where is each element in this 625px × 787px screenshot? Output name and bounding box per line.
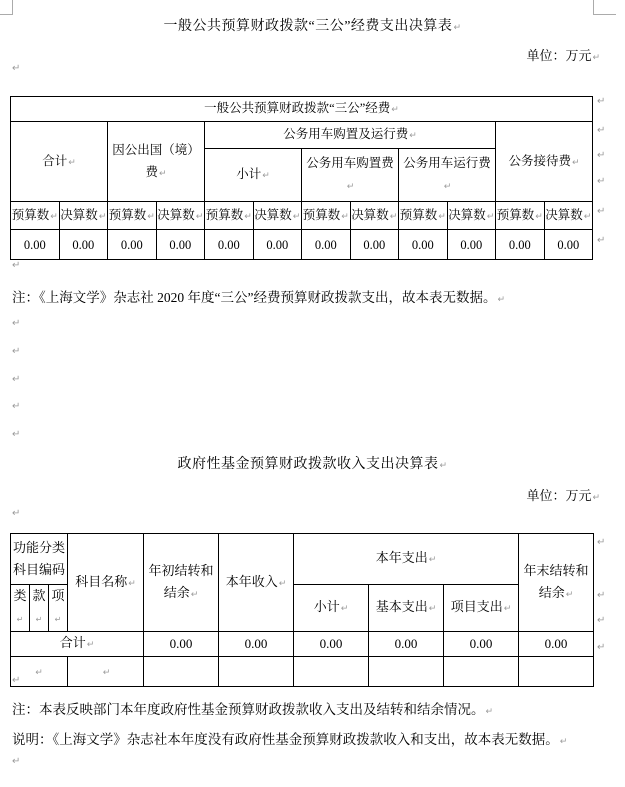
cell-end-mark: ↵	[293, 212, 301, 222]
sub-header-final: 决算数↵	[59, 202, 108, 230]
cell-end-mark: ↵	[566, 590, 574, 600]
cell-end-mark: ↵	[99, 212, 107, 222]
sub-header-final: 决算数↵	[544, 202, 593, 230]
sub-header-final: 决算数↵	[156, 202, 205, 230]
col-header-subject: 科目名称↵	[68, 534, 144, 632]
row-end-mark: ↵	[597, 616, 605, 626]
cell-end-mark: ↵	[572, 158, 580, 168]
table2-page-title-text: 政府性基金预算财政拨款收入支出决算表	[177, 457, 438, 472]
sub-header-budget: 预算数↵	[205, 202, 254, 230]
cell-end-mark: ↵	[584, 212, 592, 222]
col-header-reception: 公务接待费↵	[496, 122, 593, 202]
unit-label-1-text: 单位：万元	[526, 48, 591, 63]
paragraph-mark: ↵	[497, 295, 505, 305]
table1-note: 注：《上海文学》杂志社 2020 年度“三公”经费预算财政拨款支出，故本表无数据…	[12, 286, 505, 306]
table1-page-title: 一般公共预算财政拨款“三公”经费支出决算表↵	[0, 15, 625, 35]
cell-end-mark: ↵	[429, 604, 437, 614]
row-end-mark: ↵	[597, 643, 605, 653]
row-end-mark: ↵	[597, 97, 605, 107]
crop-mark-top-right	[593, 0, 616, 15]
row-end-mark: ↵	[597, 126, 605, 136]
row-end-mark: ↵	[597, 236, 605, 246]
paragraph-mark: ↵	[486, 707, 494, 717]
sub-header-final: 决算数↵	[350, 202, 399, 230]
col-header-class: 类↵	[11, 585, 30, 632]
paragraph-mark: ↵	[453, 23, 461, 33]
empty-cell	[219, 657, 294, 687]
value-cell: 0.00	[496, 230, 545, 260]
col-header-abroad: 因公出国（境） 费↵	[108, 122, 205, 202]
value-cell: 0.00	[11, 230, 60, 260]
crop-mark-top-left	[0, 0, 13, 15]
row-end-mark: ↵	[597, 207, 605, 217]
cell-end-mark: ↵	[55, 615, 62, 624]
col-header-basic: 基本支出↵	[369, 585, 444, 632]
value-cell: 0.00	[294, 632, 369, 657]
cell-end-mark: ↵	[17, 615, 24, 624]
paragraph-mark: ↵	[12, 261, 20, 271]
empty-cell	[519, 657, 594, 687]
col-header-section: 款↵	[30, 585, 49, 632]
cell-end-mark: ↵	[244, 212, 252, 222]
total-row-label: 合计↵	[11, 632, 144, 657]
cell-end-mark: ↵	[50, 212, 58, 222]
value-cell: 0.00	[302, 230, 351, 260]
three-public-expense-table: 一般公共预算财政拨款“三公”经费↵ 合计↵ 因公出国（境） 费↵ 公务用车购置及…	[10, 96, 593, 260]
value-cell: 0.00	[144, 632, 219, 657]
cell-end-mark: ↵	[68, 158, 76, 168]
paragraph-mark: ↵	[12, 509, 20, 519]
paragraph-mark: ↵	[12, 430, 20, 440]
government-fund-table: 功能分类 科目编码 科目名称↵ 年初结转和 结余↵ 本年收入↵ 本年支出↵ 年末…	[10, 533, 594, 687]
value-cell: 0.00	[350, 230, 399, 260]
paragraph-mark: ↵	[592, 53, 600, 63]
paragraph-mark: ↵	[12, 375, 20, 385]
cell-end-mark: ↵	[487, 212, 495, 222]
paragraph-mark: ↵	[12, 347, 20, 357]
cell-end-mark: ↵	[159, 169, 167, 179]
cell-end-mark: ↵	[347, 182, 355, 192]
value-cell: 0.00	[447, 230, 496, 260]
empty-cell	[369, 657, 444, 687]
paragraph-mark: ↵	[592, 493, 600, 503]
col-header-vehicle-subtotal: 小计↵	[205, 149, 302, 202]
table2-page-title: 政府性基金预算财政拨款收入支出决算表↵	[0, 453, 625, 473]
col-header-vehicle-group: 公务用车购置及运行费↵	[205, 122, 496, 149]
empty-cell: ↵	[68, 657, 144, 687]
cell-end-mark: ↵	[504, 604, 512, 614]
table2-note: 注：本表反映部门本年度政府性基金预算财政拨款收入支出及结转和结余情况。↵	[12, 698, 493, 718]
value-cell: 0.00	[253, 230, 302, 260]
empty-cell	[294, 657, 369, 687]
paragraph-mark: ↵	[12, 319, 20, 329]
col-header-vehicle-operation: 公务用车运行费↵	[399, 149, 496, 202]
value-cell: 0.00	[444, 632, 519, 657]
value-cell: 0.00	[219, 632, 294, 657]
value-cell: 0.00	[519, 632, 594, 657]
sub-header-budget: 预算数↵	[302, 202, 351, 230]
sub-header-budget: 预算数↵	[496, 202, 545, 230]
paragraph-mark: ↵	[12, 676, 20, 686]
cell-end-mark: ↵	[87, 640, 95, 650]
cell-end-mark: ↵	[191, 590, 199, 600]
value-cell: 0.00	[369, 632, 444, 657]
table1-header-cell: 一般公共预算财政拨款“三公”经费↵	[11, 97, 593, 122]
empty-cell	[144, 657, 219, 687]
value-cell: 0.00	[205, 230, 254, 260]
paragraph-mark: ↵	[560, 737, 568, 747]
sub-header-budget: 预算数↵	[399, 202, 448, 230]
col-header-project: 项目支出↵	[444, 585, 519, 632]
unit-label-2: 单位：万元↵	[526, 485, 600, 504]
value-cell: 0.00	[544, 230, 593, 260]
cell-end-mark: ↵	[391, 105, 399, 115]
empty-cell	[444, 657, 519, 687]
col-header-vehicle-purchase: 公务用车购置费↵	[302, 149, 399, 202]
cell-end-mark: ↵	[35, 668, 43, 678]
sub-header-final: 决算数↵	[253, 202, 302, 230]
cell-end-mark: ↵	[438, 212, 446, 222]
cell-end-mark: ↵	[103, 668, 111, 678]
cell-end-mark: ↵	[429, 555, 437, 565]
cell-end-mark: ↵	[409, 131, 417, 141]
value-cell: 0.00	[399, 230, 448, 260]
cell-end-mark: ↵	[147, 212, 155, 222]
cell-end-mark: ↵	[262, 171, 270, 181]
paragraph-mark: ↵	[439, 461, 447, 471]
col-header-end-balance: 年末结转和 结余↵	[519, 534, 594, 632]
col-header-item: 项↵	[49, 585, 68, 632]
value-cell: 0.00	[108, 230, 157, 260]
cell-end-mark: ↵	[444, 182, 452, 192]
cell-end-mark: ↵	[196, 212, 204, 222]
value-cell: 0.00	[156, 230, 205, 260]
col-header-total: 合计↵	[11, 122, 108, 202]
table1-page-title-text: 一般公共预算财政拨款“三公”经费支出决算表	[164, 19, 453, 34]
paragraph-mark: ↵	[12, 757, 20, 767]
sub-header-final: 决算数↵	[447, 202, 496, 230]
value-cell: 0.00	[59, 230, 108, 260]
cell-end-mark: ↵	[279, 579, 287, 589]
row-end-mark: ↵	[597, 591, 605, 601]
cell-end-mark: ↵	[128, 579, 136, 589]
sub-header-budget: 预算数↵	[108, 202, 157, 230]
cell-end-mark: ↵	[390, 212, 398, 222]
col-header-subtotal: 小计↵	[294, 585, 369, 632]
cell-end-mark: ↵	[535, 212, 543, 222]
col-header-func-code: 功能分类 科目编码	[11, 534, 68, 585]
unit-label-1: 单位：万元↵	[526, 45, 600, 64]
document-page: 一般公共预算财政拨款“三公”经费支出决算表↵ 单位：万元↵ ↵ 一般公共预算财政…	[0, 0, 625, 787]
paragraph-mark: ↵	[12, 402, 20, 412]
col-header-income: 本年收入↵	[219, 534, 294, 632]
cell-end-mark: ↵	[341, 604, 349, 614]
paragraph-mark: ↵	[12, 64, 20, 74]
row-end-mark: ↵	[597, 151, 605, 161]
sub-header-budget: 预算数↵	[11, 202, 60, 230]
row-end-mark: ↵	[597, 177, 605, 187]
col-header-begin-balance: 年初结转和 结余↵	[144, 534, 219, 632]
cell-end-mark: ↵	[341, 212, 349, 222]
unit-label-2-text: 单位：万元	[526, 488, 591, 503]
cell-end-mark: ↵	[36, 615, 43, 624]
row-end-mark: ↵	[597, 538, 605, 548]
table2-explanation: 说明：《上海文学》杂志社本年度没有政府性基金预算财政拨款收入和支出，故本表无数据…	[12, 728, 567, 748]
col-header-expense-group: 本年支出↵	[294, 534, 519, 585]
